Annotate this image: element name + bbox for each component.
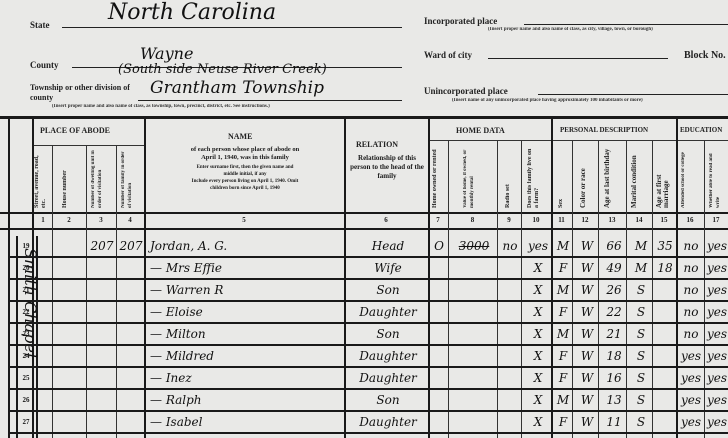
vline [652, 140, 653, 438]
col17-header: Whether able to read and write [708, 146, 726, 208]
cell-school: no [678, 324, 704, 344]
cell-read: yes [706, 390, 728, 410]
cell-school: no [678, 258, 704, 278]
cell-name: — Isabel [150, 412, 340, 432]
cell-sex: F [554, 412, 572, 432]
township-label: Township or other division of county [30, 83, 140, 103]
cell-relation: Daughter [350, 412, 426, 432]
cell-relation: Head [350, 236, 426, 256]
cell-school: yes [678, 346, 704, 366]
cell-marital: S [630, 324, 652, 344]
cell-read: yes [706, 346, 728, 366]
col9-header: Radio set [505, 146, 512, 208]
incorporated-label: Incorporated place [424, 16, 497, 26]
township-line [138, 100, 402, 101]
name-instructions: of each person whose place of abode on A… [148, 146, 342, 192]
col15-header: Age at first marriage [656, 146, 674, 208]
cell-read: yes [706, 236, 728, 256]
cell-marital: S [630, 302, 652, 322]
cell-marital: M [630, 258, 652, 278]
cell-age: 49 [602, 258, 626, 278]
colnum-5: 5 [144, 216, 344, 224]
colnum-11: 11 [551, 216, 572, 224]
col8-header: Value of home, if owned, or monthly rent… [462, 146, 486, 208]
unincorporated-label: Unincorporated place [424, 86, 508, 96]
header-bottom-border [0, 212, 728, 214]
county-note: (South side Neuse River Creek) [118, 62, 327, 77]
col14-header: Marital condition [631, 146, 649, 208]
relation-desc: Relationship of this person to the head … [348, 154, 426, 181]
education-group-header: EDUCATION [680, 126, 722, 134]
cell-farm: X [526, 368, 550, 388]
vline [598, 140, 599, 438]
block-label: Block No. [684, 50, 726, 61]
cell-marital: S [630, 346, 652, 366]
name-instr-line1: of each person whose place of abode on [148, 146, 342, 154]
cell-relation: Daughter [350, 302, 426, 322]
cell-marital: M [630, 236, 652, 256]
cell-read: yes [706, 258, 728, 278]
cell-marital: S [630, 280, 652, 300]
cell-age-marriage: 18 [655, 258, 675, 278]
name-instr-line5: Include every person living on April 1, … [148, 178, 342, 185]
name-instr-line6: children born since April 1, 1940 [148, 185, 342, 192]
cell-race: W [576, 236, 598, 256]
vline [497, 140, 498, 438]
county-value: Wayne [140, 44, 193, 63]
cell-name: — Eloise [150, 302, 340, 322]
state-line [62, 27, 402, 28]
abode-group-header: PLACE OF ABODE [40, 126, 110, 135]
line-number: 24 [16, 352, 36, 360]
cell-name: — Warren R [150, 280, 340, 300]
vline [86, 145, 87, 438]
cell-name: — Ralph [150, 390, 340, 410]
colnum-14: 14 [626, 216, 652, 224]
cell-sex: M [554, 280, 572, 300]
vline [52, 145, 53, 438]
colnum-bottom-border [0, 228, 728, 230]
cell-race: W [576, 346, 598, 366]
cell-age: 18 [602, 346, 626, 366]
ward-label: Ward of city [424, 50, 472, 60]
cell-marital: S [630, 412, 652, 432]
cell-relation: Son [350, 390, 426, 410]
cell-name: — Inez [150, 368, 340, 388]
cell-age: 13 [602, 390, 626, 410]
state-label: State [30, 20, 50, 30]
cell-age: 26 [602, 280, 626, 300]
name-instr-line2: April 1, 1940, was in this family [148, 154, 342, 162]
line-number: 25 [16, 374, 36, 382]
cell-owned: O [432, 236, 446, 256]
cell-family: 207 [118, 236, 144, 256]
cell-name: — Mildred [150, 346, 340, 366]
abode-sub-line [32, 145, 144, 146]
cell-school: no [678, 302, 704, 322]
vline [626, 140, 627, 438]
incorporated-instructions: (Insert proper name and also name of cla… [488, 27, 728, 32]
cell-farm: X [526, 390, 550, 410]
cell-sex: M [554, 236, 572, 256]
cell-relation: Daughter [350, 346, 426, 366]
cell-school: yes [678, 390, 704, 410]
unincorporated-instructions: (Insert name of any unincorporated place… [452, 98, 728, 103]
relation-group-header: RELATION [356, 140, 398, 149]
line-number: 27 [16, 418, 36, 426]
col10-header: Does this family live on a farm? [527, 146, 545, 208]
colnum-16: 16 [676, 216, 704, 224]
township-value: Grantham Township [150, 78, 324, 98]
colnum-12: 12 [572, 216, 598, 224]
cell-radio: no [500, 236, 520, 256]
cell-read: yes [706, 324, 728, 344]
col3-header: Number of dwelling unit in order of visi… [90, 150, 114, 208]
cell-read: yes [706, 412, 728, 432]
cell-school: yes [678, 412, 704, 432]
cell-relation: Son [350, 280, 426, 300]
vline [704, 140, 705, 438]
cell-age: 16 [602, 368, 626, 388]
cell-farm: X [526, 324, 550, 344]
cell-marital: S [630, 368, 652, 388]
personal-group-header: PERSONAL DESCRIPTION [560, 126, 648, 134]
cell-sex: M [554, 390, 572, 410]
cell-farm: X [526, 412, 550, 432]
name-instr-line3: Enter surname first, then the given name… [148, 164, 342, 171]
state-value: North Carolina [108, 0, 276, 25]
cell-read: yes [706, 368, 728, 388]
line-number: 20 [16, 264, 36, 272]
cell-read: yes [706, 280, 728, 300]
cell-race: W [576, 324, 598, 344]
col13-header: Age at last birthday [604, 146, 622, 208]
colnum-8: 8 [448, 216, 497, 224]
cell-name: Jordan, A. G. [150, 236, 340, 256]
col4-header: Number of family in order of visitation [120, 150, 142, 208]
cell-age: 11 [602, 412, 626, 432]
cell-relation: Son [350, 324, 426, 344]
name-group-header: NAME [228, 132, 252, 141]
colnum-9: 9 [497, 216, 521, 224]
cell-race: W [576, 368, 598, 388]
colnum-13: 13 [598, 216, 626, 224]
col2-header: House number [62, 150, 69, 208]
home-group-header: HOME DATA [456, 126, 505, 135]
colnum-7: 7 [428, 216, 448, 224]
unincorporated-line [538, 94, 728, 95]
cell-relation: Wife [350, 258, 426, 278]
cell-marital: S [630, 390, 652, 410]
line-number: 23 [16, 330, 36, 338]
cell-farm: X [526, 346, 550, 366]
col16-header: Attended school or college [680, 146, 702, 208]
line-number: 22 [16, 308, 36, 316]
cell-race: W [576, 412, 598, 432]
line-number: 19 [16, 242, 36, 250]
colnum-6: 6 [344, 216, 428, 224]
colnum-1: 1 [34, 216, 52, 224]
col7-header: Home owned or rented [432, 146, 439, 208]
colnum-17: 17 [704, 216, 728, 224]
colnum-15: 15 [652, 216, 676, 224]
col1-header: Street, avenue, road, etc. [34, 150, 48, 208]
cell-school: no [678, 280, 704, 300]
colnum-10: 10 [521, 216, 551, 224]
cell-sex: F [554, 368, 572, 388]
cell-race: W [576, 390, 598, 410]
table-top-border [0, 116, 728, 119]
township-instructions: (Insert proper name and also name of cla… [52, 104, 402, 109]
cell-farm: X [526, 280, 550, 300]
cell-relation: Daughter [350, 368, 426, 388]
line-number: 21 [16, 286, 36, 294]
cell-age: 22 [602, 302, 626, 322]
cell-age-marriage: 35 [655, 236, 675, 256]
cell-name: — Milton [150, 324, 340, 344]
cell-school: no [678, 236, 704, 256]
cell-farm: X [526, 258, 550, 278]
vline [448, 140, 449, 438]
cell-race: W [576, 258, 598, 278]
colnum-3: 3 [86, 216, 116, 224]
group-sub-line [428, 140, 728, 141]
incorporated-line [524, 24, 728, 25]
cell-sex: M [554, 324, 572, 344]
row-divider [8, 432, 728, 434]
cell-name: — Mrs Effie [150, 258, 340, 278]
cell-sex: F [554, 346, 572, 366]
cell-farm: X [526, 302, 550, 322]
colnum-4: 4 [116, 216, 144, 224]
cell-school: yes [678, 368, 704, 388]
line-number: 26 [16, 396, 36, 404]
cell-value: 3000 [452, 236, 496, 256]
cell-dwelling: 207 [88, 236, 116, 256]
name-instr-line4: middle initial, if any [148, 171, 342, 178]
vline [116, 145, 117, 438]
col12-header: Color or race [580, 146, 587, 208]
vline [572, 140, 573, 438]
cell-age: 66 [602, 236, 626, 256]
col11-header: Sex [558, 146, 565, 208]
cell-read: yes [706, 302, 728, 322]
cell-sex: F [554, 258, 572, 278]
cell-sex: F [554, 302, 572, 322]
colnum-2: 2 [52, 216, 86, 224]
cell-race: W [576, 302, 598, 322]
county-label: County [30, 60, 59, 70]
cell-farm: yes [526, 236, 550, 256]
cell-age: 21 [602, 324, 626, 344]
vline [521, 140, 522, 438]
cell-race: W [576, 280, 598, 300]
ward-line [488, 58, 668, 59]
